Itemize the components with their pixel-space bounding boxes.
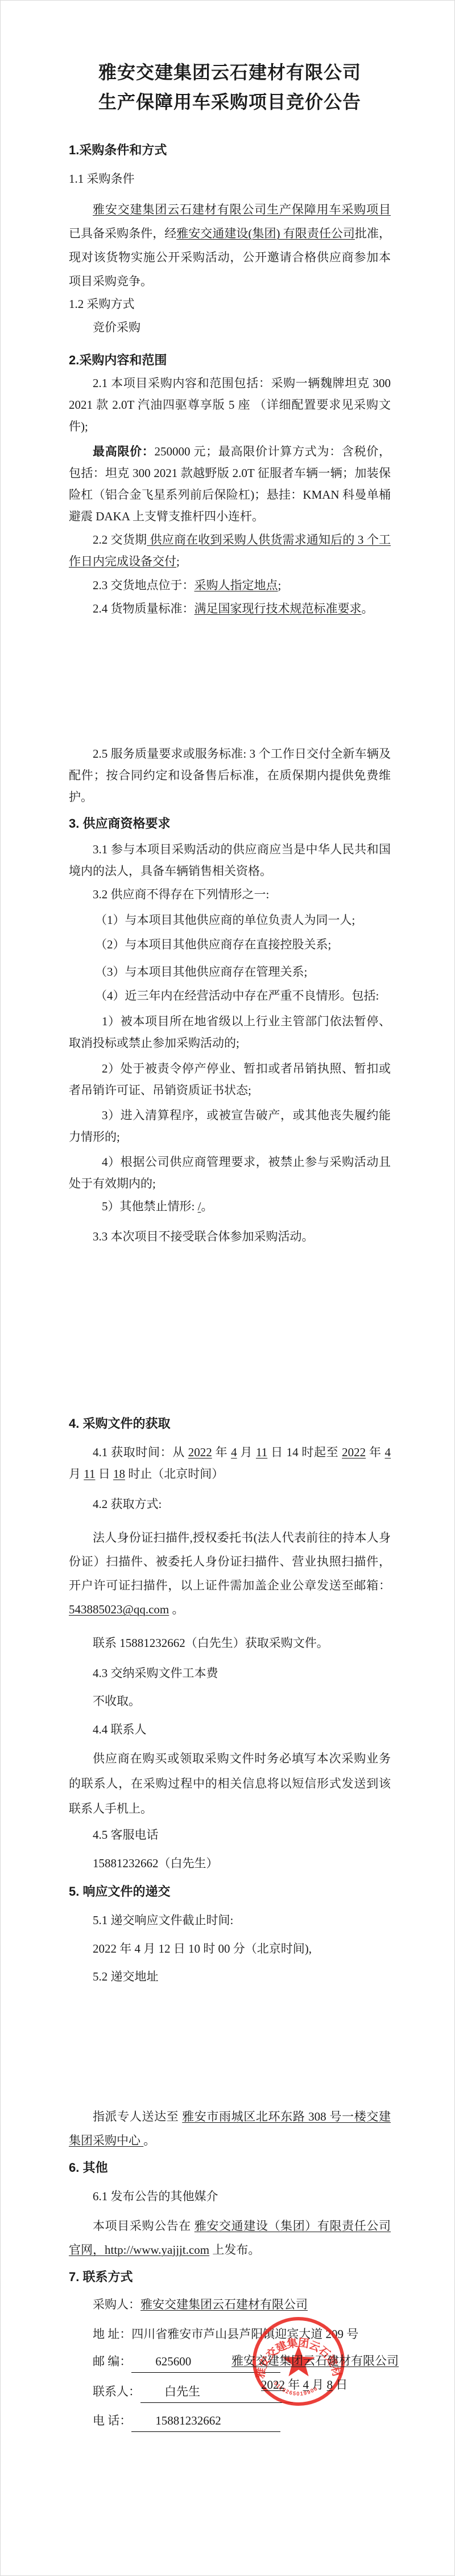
text-segment: 543885023@qq.com	[69, 1603, 169, 1616]
text-segment: 雅安交通建设(集团) 有限责任公司	[176, 227, 355, 240]
para-4-2: 法人身份证扫描件,授权委托书(法人代表前往的持本人身份证）扫描件、被委托人身份证…	[69, 1526, 391, 1621]
para-6-1: 本项目采购公告在 雅安交通建设（集团）有限责任公司官网，http://www.y…	[69, 2214, 391, 2262]
text-segment: 本项目采购公告在	[93, 2219, 195, 2233]
text-segment: 最高限价：	[93, 445, 155, 458]
text-segment: 采购人指定地点	[195, 578, 278, 592]
text-segment: 2.4 货物质量标准：	[93, 602, 195, 615]
subheading-4-5: 4.5 客服电话	[69, 1824, 391, 1846]
text-segment: 雅安交建集团云石建材有限公司	[231, 2354, 399, 2368]
subheading-5-2: 5.2 递交地址	[69, 1966, 391, 1987]
section-4-heading: 4. 采购文件的获取	[69, 1415, 391, 1432]
text-segment: 4	[385, 1445, 391, 1459]
text-segment: 月	[69, 1467, 84, 1481]
sublist-item-2: 2）处于被责令停产停业、暂扣或者吊销执照、暂扣或者吊销许可证、吊销资质证书状态;	[69, 1058, 391, 1101]
text-segment: 。	[362, 602, 374, 615]
text-segment: 2022	[342, 1445, 366, 1459]
text-segment: 日	[333, 2378, 348, 2392]
text-segment: 邮 编：	[93, 2355, 131, 2368]
para-2-5: 2.5 服务质量要求或服务标准: 3 个工作日交付全新车辆及配件；按合同约定和设…	[69, 743, 391, 808]
list-item-1: （1）与本项目其他供应商的单位负责人为同一人;	[69, 909, 391, 931]
text-segment: ;	[278, 578, 282, 592]
list-item-4: （4）近三年内在经营活动中存在严重不良情形。包括:	[69, 985, 391, 1006]
text-segment: 15881232662	[131, 2410, 280, 2432]
text-segment: 年	[366, 1445, 384, 1459]
text-segment: 2.2 交货期	[93, 533, 147, 547]
para-2-3: 2.3 交货地点位于：采购人指定地点;	[69, 574, 391, 596]
sublist-item-3: 3）进入清算程序，或被宣告破产，或其他丧失履约能力情形的;	[69, 1104, 391, 1148]
section-1-heading: 1.采购条件和方式	[69, 142, 391, 159]
text-segment: 法人身份证扫描件,授权委托书(法人代表前往的持本人身份证）扫描件、被委托人身份证…	[69, 1531, 391, 1592]
text-segment: 。	[169, 1603, 184, 1616]
para-2-max-price: 最高限价：250000 元；最高限价计算方式为：含税价，包括：坦克 300 20…	[69, 441, 391, 527]
contact-phone-row: 电 话：15881232662	[69, 2410, 391, 2432]
sublist-item-1: 1）被本项目所在地省级以上行业主管部门依法暂停、取消投标或禁止参加采购活动的;	[69, 1010, 391, 1054]
subheading-1-1: 1.1 采购条件	[69, 168, 391, 190]
section-2-heading: 2.采购内容和范围	[69, 352, 391, 369]
text-segment: 4	[303, 2378, 309, 2392]
text-segment: 。	[201, 1199, 213, 1213]
para-4-2b: 联系 15881232662（白先生）获取采购文件。	[69, 1632, 391, 1654]
text-segment: 满足国家现行技术规范标准要求	[195, 602, 362, 615]
document-title-line1: 雅安交建集团云石建材有限公司	[69, 57, 391, 87]
text-segment: 雅安交建集团云石建材有限公司生产保障用车采购项目	[93, 203, 391, 216]
subheading-1-2: 1.2 采购方式	[69, 293, 391, 315]
text-segment: http://www.yajjjt.com	[105, 2243, 209, 2257]
document-title-line2: 生产保障用车采购项目竞价公告	[69, 87, 391, 117]
text-segment: 5）其他禁止情形:	[102, 1199, 198, 1213]
subheading-4-4: 4.4 联系人	[69, 1719, 391, 1740]
sublist-item-4: 4）根据公司供应商管理要求，被禁止参与采购活动且处于有效期内的;	[69, 1151, 391, 1194]
section-5-heading: 5. 响应文件的递交	[69, 1883, 391, 1900]
para-2-1: 2.1 本项目采购内容和范围包括：采购一辆魏牌坦克 300 2021 款 2.0…	[69, 372, 391, 437]
text-segment: 年	[285, 2378, 303, 2392]
text-segment: 电 话：	[93, 2414, 131, 2427]
document-title: 雅安交建集团云石建材有限公司 生产保障用车采购项目竞价公告	[69, 57, 391, 117]
subheading-6-1: 6.1 发布公告的其他媒介	[69, 2185, 391, 2207]
text-segment: 。	[143, 2134, 155, 2147]
text-segment: 联系人：	[93, 2385, 140, 2398]
text-segment: 时止（北京时间）	[125, 1467, 224, 1481]
text-segment: ;	[176, 554, 180, 568]
text-segment: 4.1 获取时间：从	[93, 1445, 188, 1459]
text-segment: 4	[231, 1445, 237, 1459]
list-item-3: （3）与本项目其他供应商存在管理关系;	[69, 961, 391, 983]
para-1-2: 竞价采购	[69, 317, 391, 338]
text-segment: 指派专人送达至	[93, 2110, 182, 2123]
contact-purchaser-row: 采购人：雅安交建集团云石建材有限公司	[69, 2294, 391, 2315]
text-segment: 采购人：	[93, 2298, 140, 2311]
text-segment: 日	[95, 1467, 113, 1481]
para-1-1: 雅安交建集团云石建材有限公司生产保障用车采购项目 已具备采购条件，经雅安交通建设…	[69, 198, 391, 293]
section-7-heading: 7. 联系方式	[69, 2269, 391, 2286]
text-segment: 年	[212, 1445, 231, 1459]
para-5-2: 指派专人送达至 雅安市雨城区北环东路 308 号一楼交建集团采购中心 。	[69, 2105, 391, 2152]
para-2-2: 2.2 交货期 供应商在收到采购人供货需求通知后的 3 个工作日内完成设备交付;	[69, 529, 391, 572]
section-6-heading: 6. 其他	[69, 2159, 391, 2176]
text-segment: 上发布。	[209, 2243, 260, 2257]
text-segment: 2.3 交货地点位于：	[93, 578, 195, 592]
document-page: 雅安交建集团云石建材有限公司 生产保障用车采购项目竞价公告 1.采购条件和方式 …	[0, 0, 455, 2576]
text-segment: 2022	[188, 1445, 212, 1459]
list-item-2: （2）与本项目其他供应商存在直接控股关系;	[69, 934, 391, 955]
para-4-1: 4.1 获取时间：从 2022 年 4 月 11 日 14 时起至 2022 年…	[69, 1441, 391, 1485]
para-4-5: 15881232662（白先生）	[69, 1852, 391, 1874]
text-segment: 11	[84, 1467, 95, 1481]
para-4-3: 不收取。	[69, 1690, 391, 1712]
para-3-3: 3.3 本次项目不接受联合体参加采购活动。	[69, 1226, 391, 1247]
para-4-4: 供应商在购买或领取采购文件时务必填写本次采购业务的联系人，在采购过程中的相关信息…	[69, 1746, 391, 1821]
text-segment: 月	[237, 1445, 256, 1459]
text-segment: 11	[256, 1445, 267, 1459]
text-segment: 月	[309, 2378, 327, 2392]
text-segment: 雅安交建集团云石建材有限公司	[140, 2298, 308, 2311]
sublist-item-5: 5）其他禁止情形: /。	[69, 1195, 391, 1217]
signature-date: 2022 年 4 月 8 日	[261, 2373, 348, 2396]
text-segment: 18	[113, 1467, 125, 1481]
subheading-4-2: 4.2 获取方式:	[69, 1493, 391, 1515]
text-segment: 2022	[261, 2378, 285, 2392]
subheading-5-1: 5.1 递交响应文件截止时间:	[69, 1909, 391, 1931]
subheading-4-3: 4.3 交纳采购文件工本费	[69, 1662, 391, 1684]
para-2-4: 2.4 货物质量标准：满足国家现行技术规范标准要求。	[69, 598, 391, 619]
text-segment: 8	[327, 2378, 333, 2392]
para-3-2: 3.2 供应商不得存在下列情形之一:	[69, 884, 391, 905]
text-segment: 已具备采购条件，经	[69, 227, 176, 240]
para-3-1: 3.1 参与本项目采购活动的供应商应当是中华人民共和国境内的法人，具备车辆销售相…	[69, 839, 391, 882]
text-segment: 日 14 时起至	[267, 1445, 342, 1459]
section-3-heading: 3. 供应商资格要求	[69, 815, 391, 832]
signature-company-name: 雅安交建集团云石建材有限公司	[231, 2349, 399, 2372]
para-5-1: 2022 年 4 月 12 日 10 时 00 分（北京时间),	[69, 1938, 391, 1959]
